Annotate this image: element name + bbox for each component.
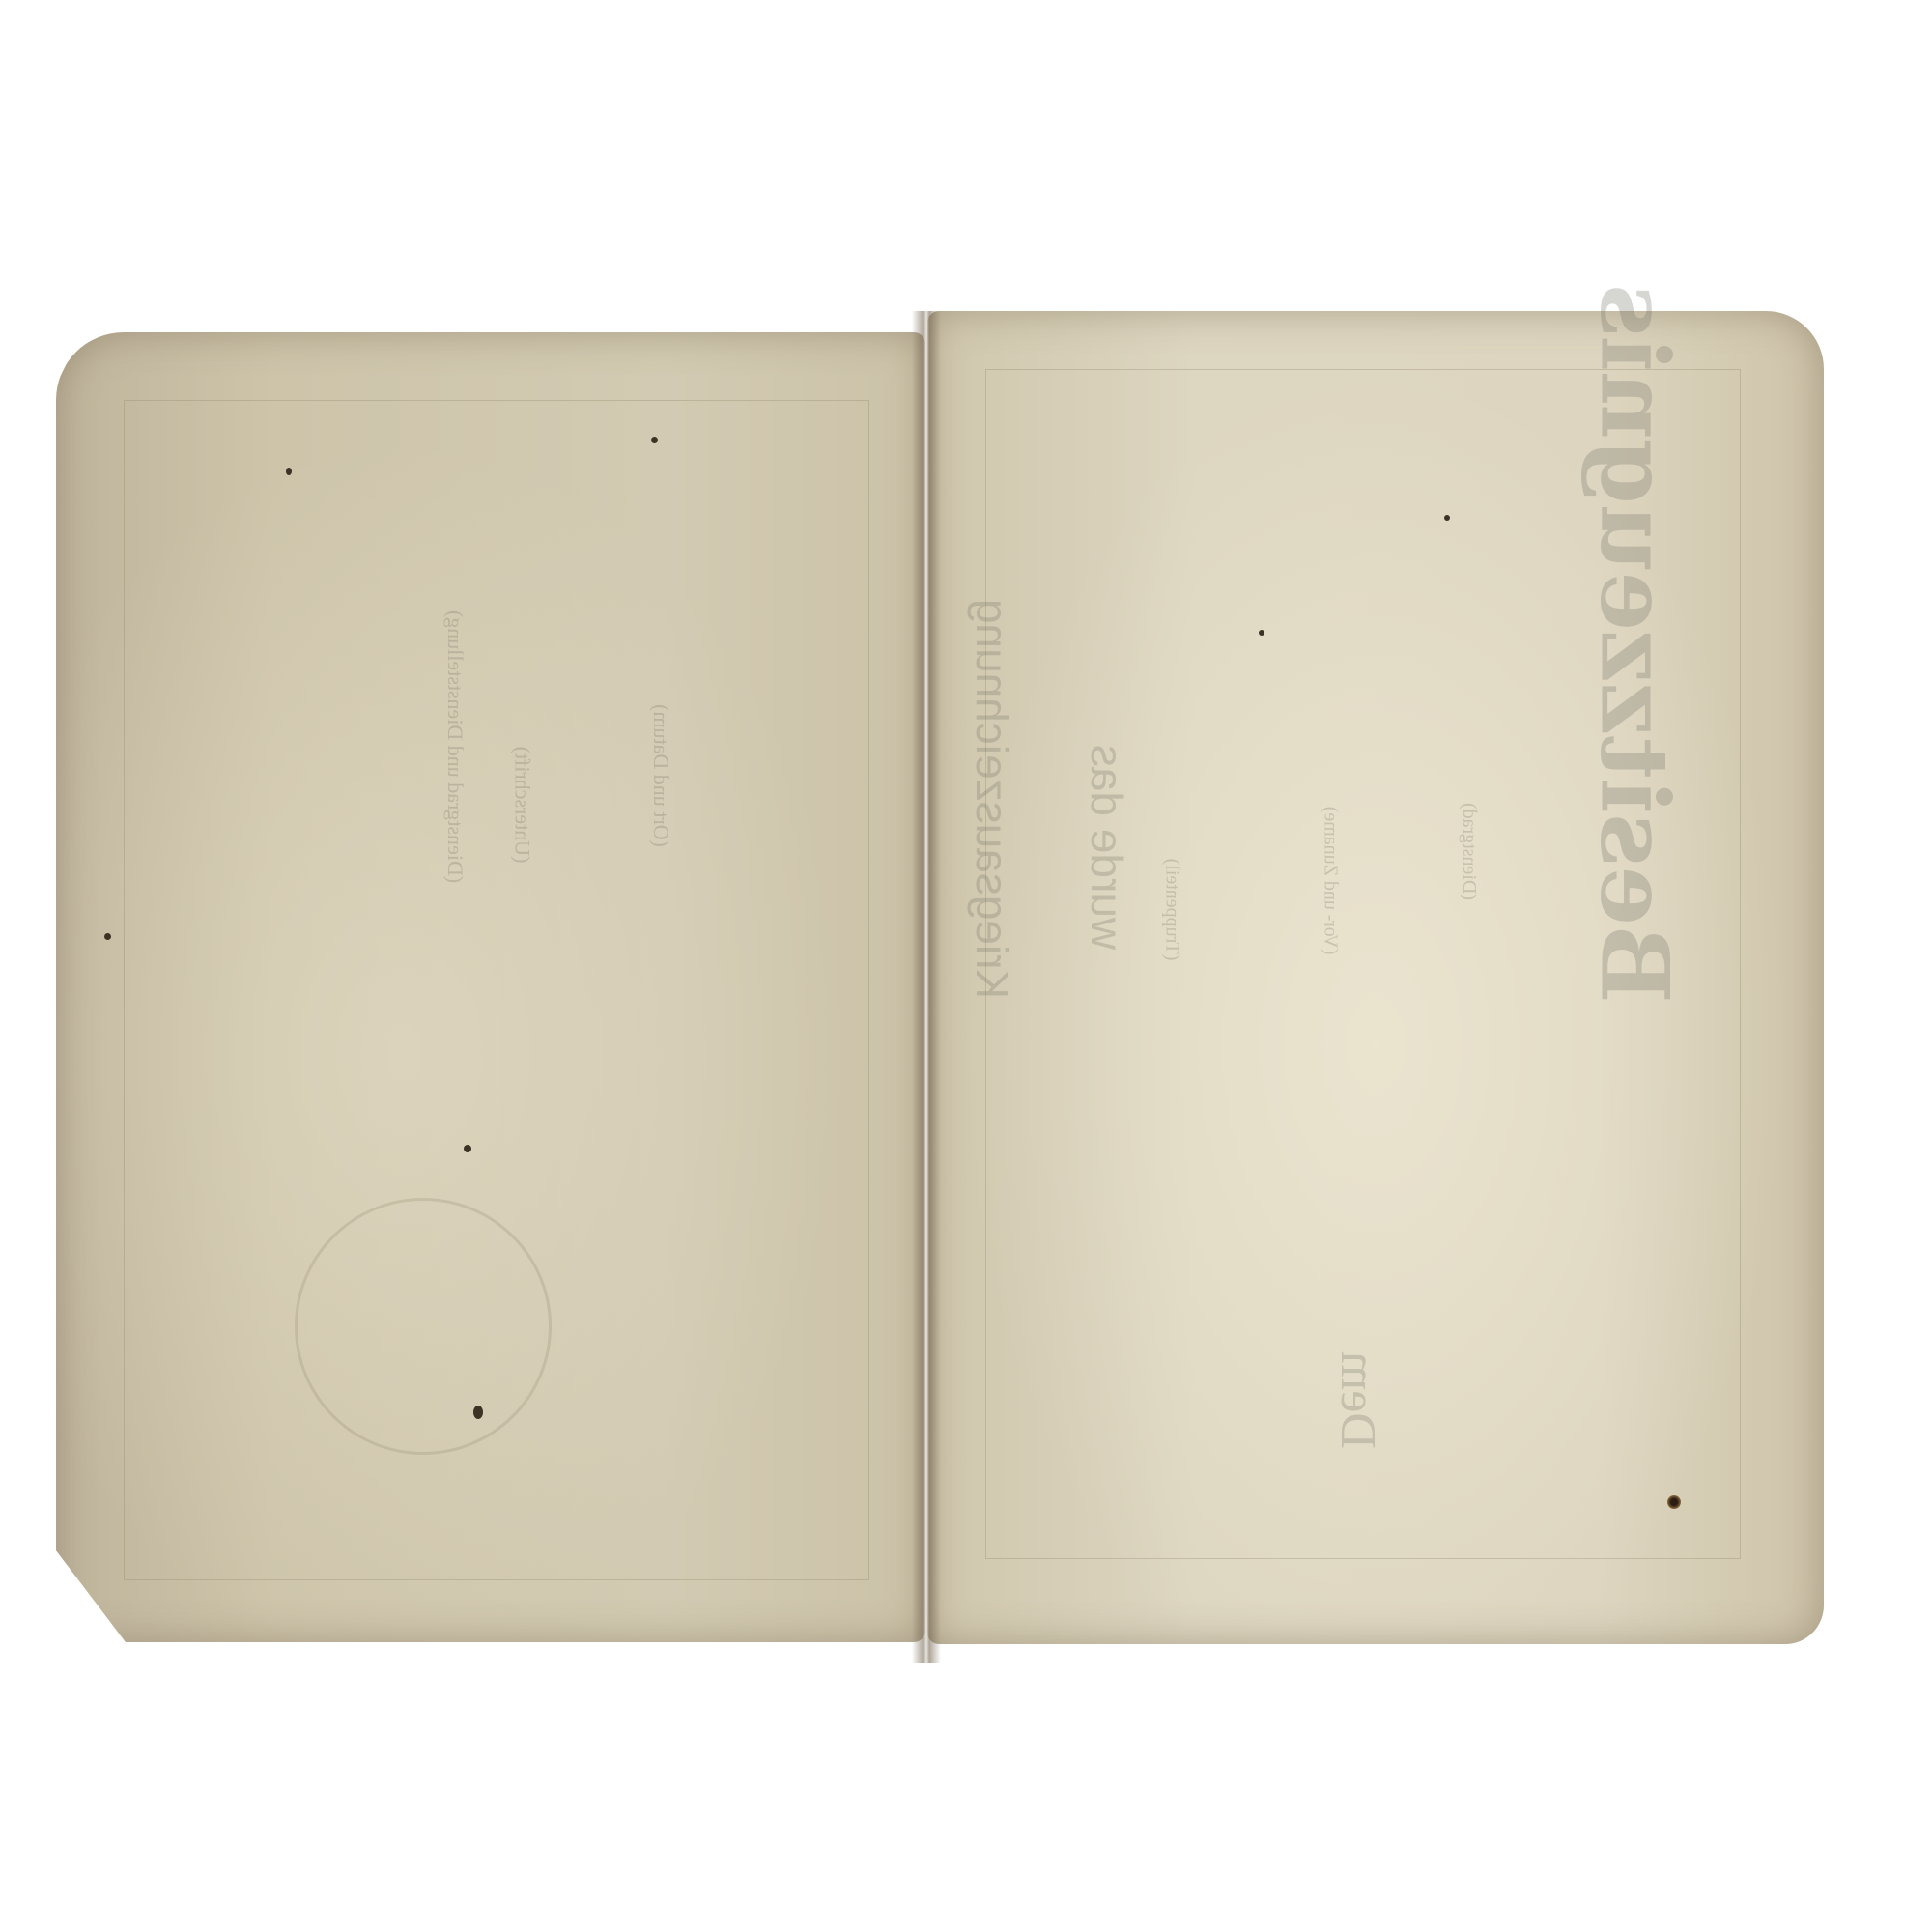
ink-spot [651,437,658,443]
mirrored-small-line: (Truppenteil) [1160,859,1182,961]
faded-stamp [295,1198,552,1455]
ink-spot [286,468,292,475]
mirrored-small-line: (Dienstgrad) [1458,803,1480,900]
ink-spot [1444,515,1450,521]
ink-spot [473,1406,483,1419]
mirrored-salutation: Dem [1329,1351,1386,1449]
rust-hole [1667,1495,1681,1509]
mirrored-small-line: (Vor- und Zuname) [1319,807,1341,955]
mirrored-left-line: (Ort und Datum) [648,704,673,847]
ink-spot [464,1145,471,1152]
ink-spot [104,933,111,940]
booklet-spine [912,311,941,1663]
mirrored-subtitle: Kriegsauszeichnung [966,599,1018,999]
mirrored-left-line: (Dienstgrad und Dienststellung) [442,611,468,883]
document-booklet [56,311,1824,1663]
left-page [56,332,925,1642]
mirrored-title: Besitzzeugnis [1580,284,1690,1003]
mirrored-line: wurde das [1081,745,1133,950]
mirrored-left-line: (Unterschrift) [509,747,534,864]
ink-spot [1259,630,1264,636]
